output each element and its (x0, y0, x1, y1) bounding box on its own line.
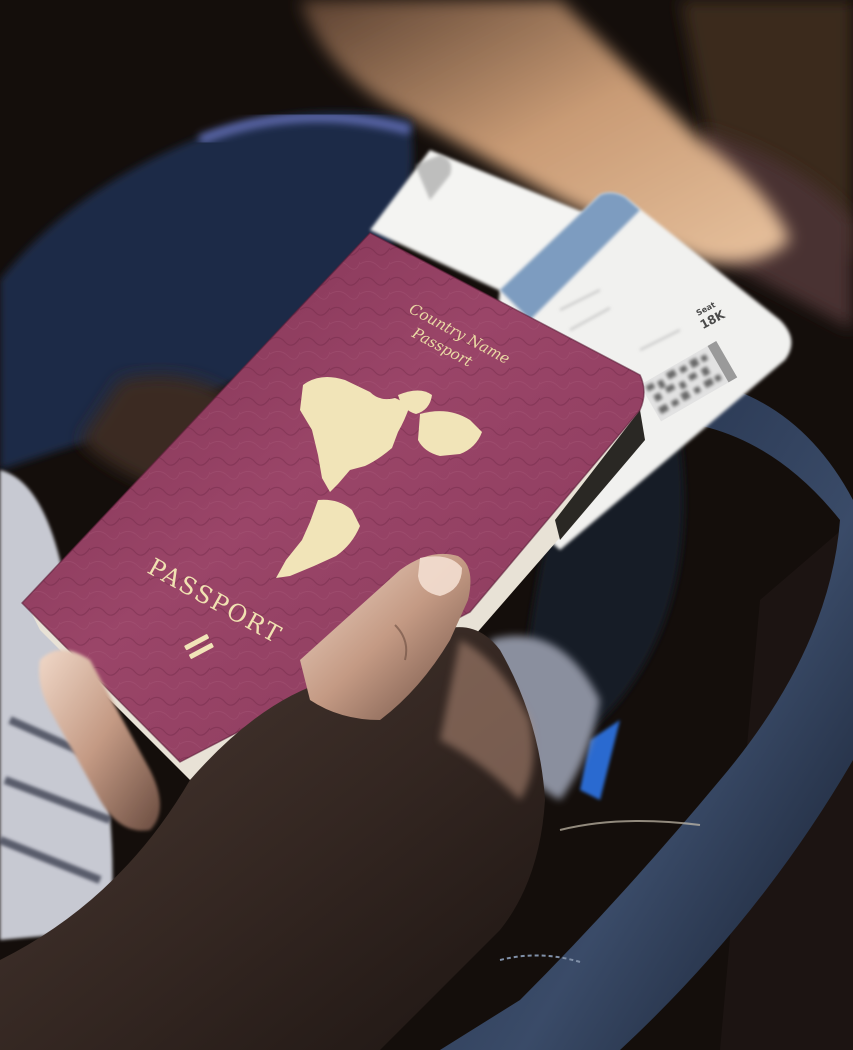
photo-scene: Seat 18K (0, 0, 853, 1050)
scene-graphic: Seat 18K (0, 0, 853, 1050)
